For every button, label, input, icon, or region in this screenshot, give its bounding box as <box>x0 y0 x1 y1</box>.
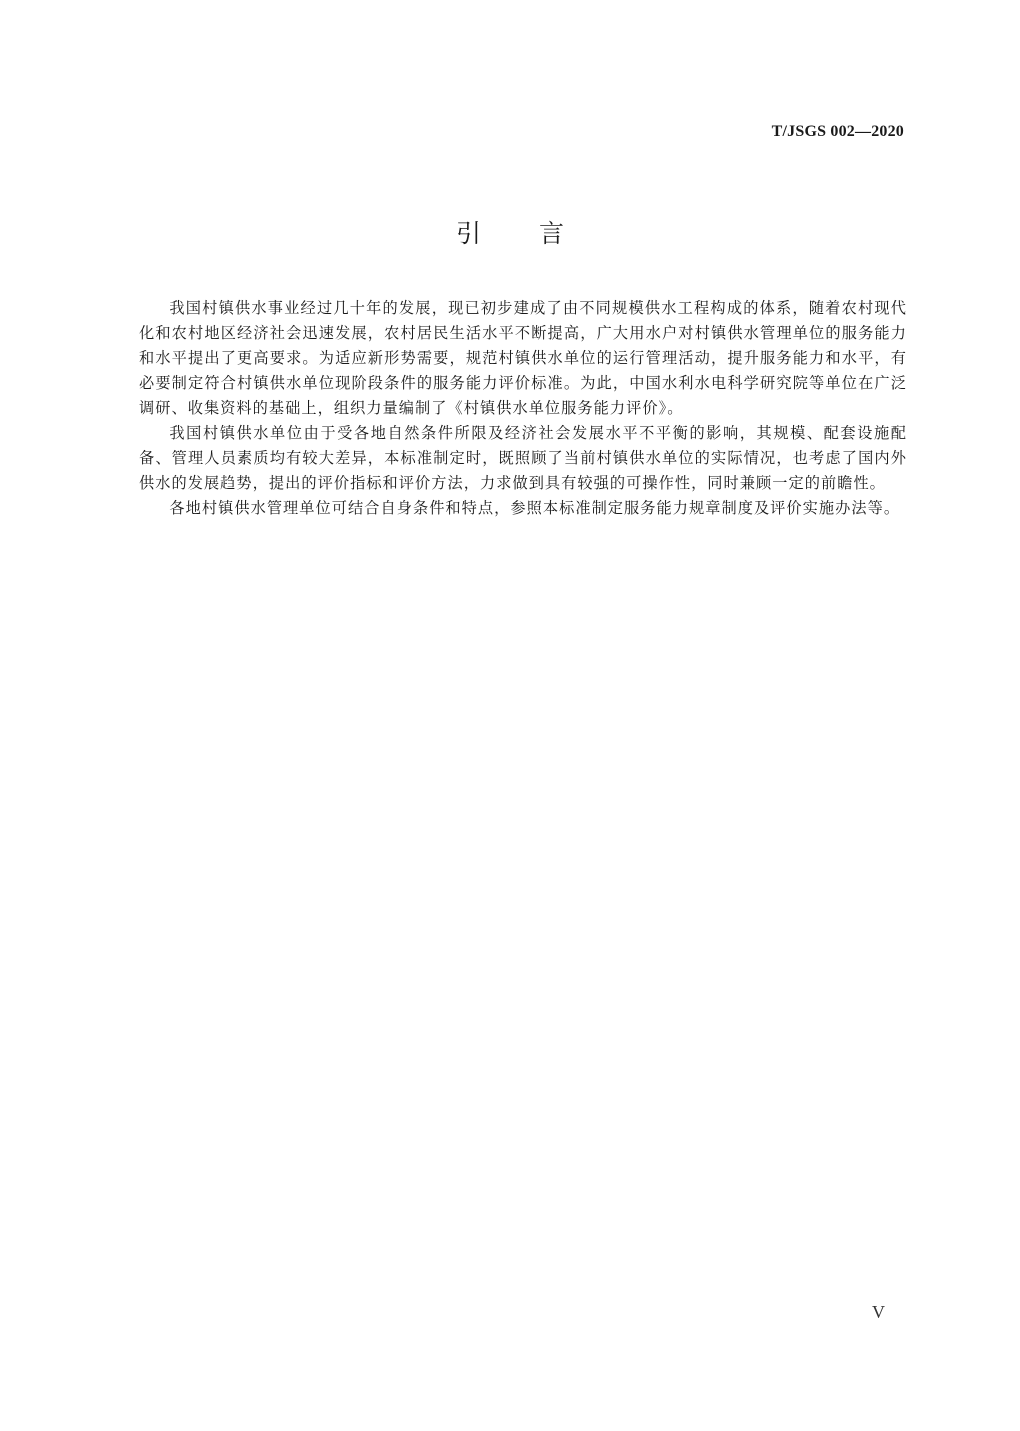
paragraph-2: 我国村镇供水单位由于受各地自然条件所限及经济社会发展水平不平衡的影响，其规模、配… <box>139 421 907 496</box>
title-char-2: 言 <box>539 214 564 250</box>
title-char-1: 引 <box>456 214 481 250</box>
page-number: V <box>872 1302 885 1323</box>
paragraph-1: 我国村镇供水事业经过几十年的发展，现已初步建成了由不同规模供水工程构成的体系，随… <box>139 296 907 421</box>
standard-code: T/JSGS 002—2020 <box>772 123 904 141</box>
paragraph-3: 各地村镇供水管理单位可结合自身条件和特点，参照本标准制定服务能力规章制度及评价实… <box>139 496 907 521</box>
introduction-body: 我国村镇供水事业经过几十年的发展，现已初步建成了由不同规模供水工程构成的体系，随… <box>139 296 907 521</box>
section-title: 引言 <box>0 214 1020 250</box>
